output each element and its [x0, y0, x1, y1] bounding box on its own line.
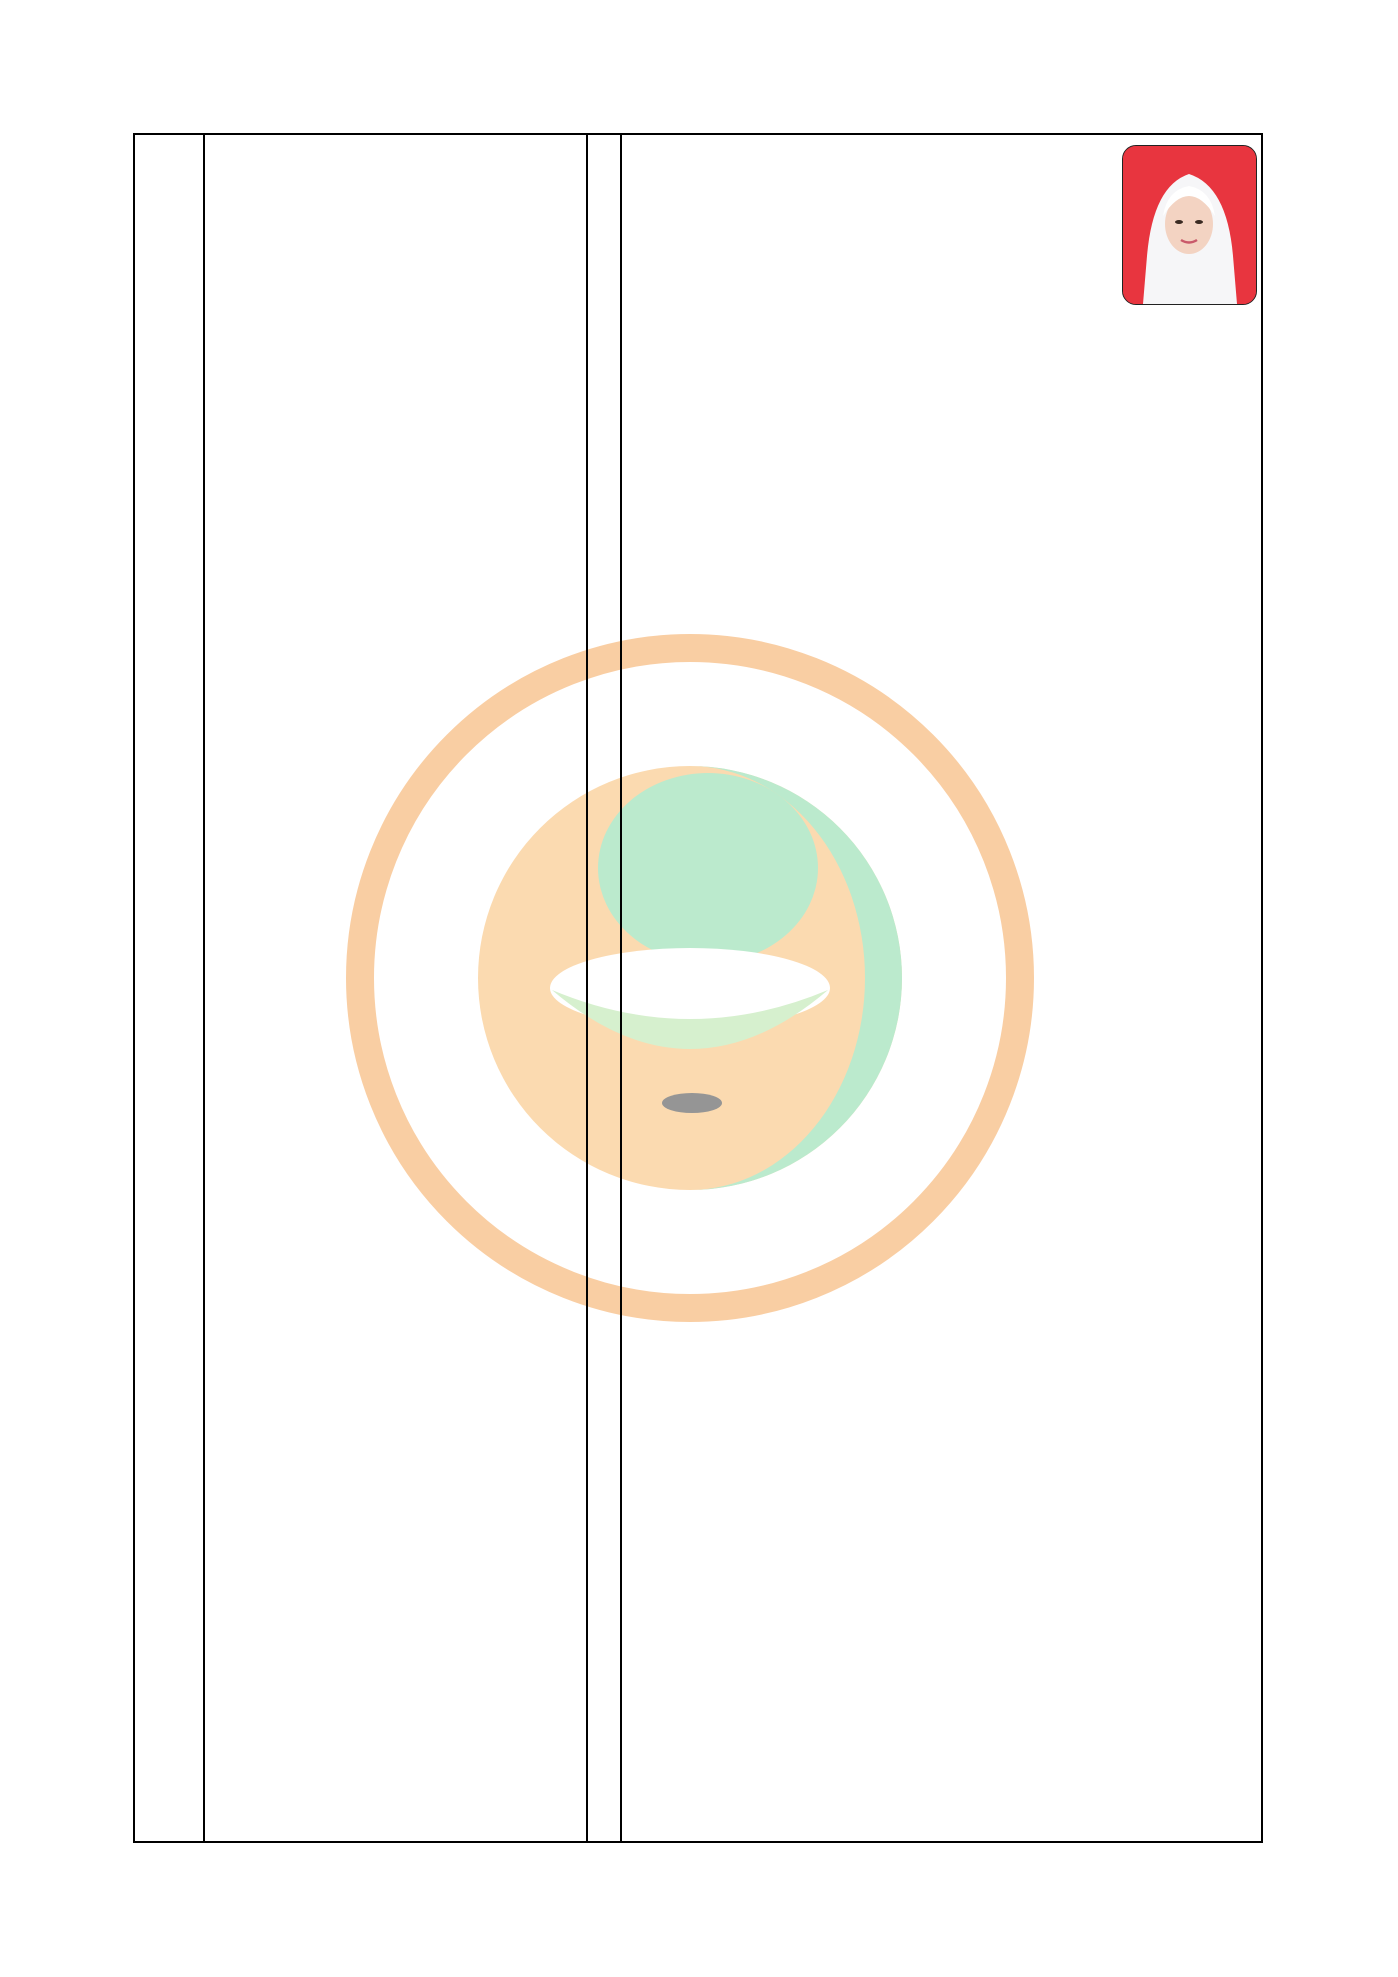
column-divider-letter	[203, 135, 205, 1841]
student-record-table	[133, 133, 1263, 1843]
column-divider-label	[586, 135, 588, 1841]
student-photo	[1122, 145, 1257, 305]
column-divider-colon	[620, 135, 622, 1841]
portrait-image	[1123, 146, 1256, 304]
